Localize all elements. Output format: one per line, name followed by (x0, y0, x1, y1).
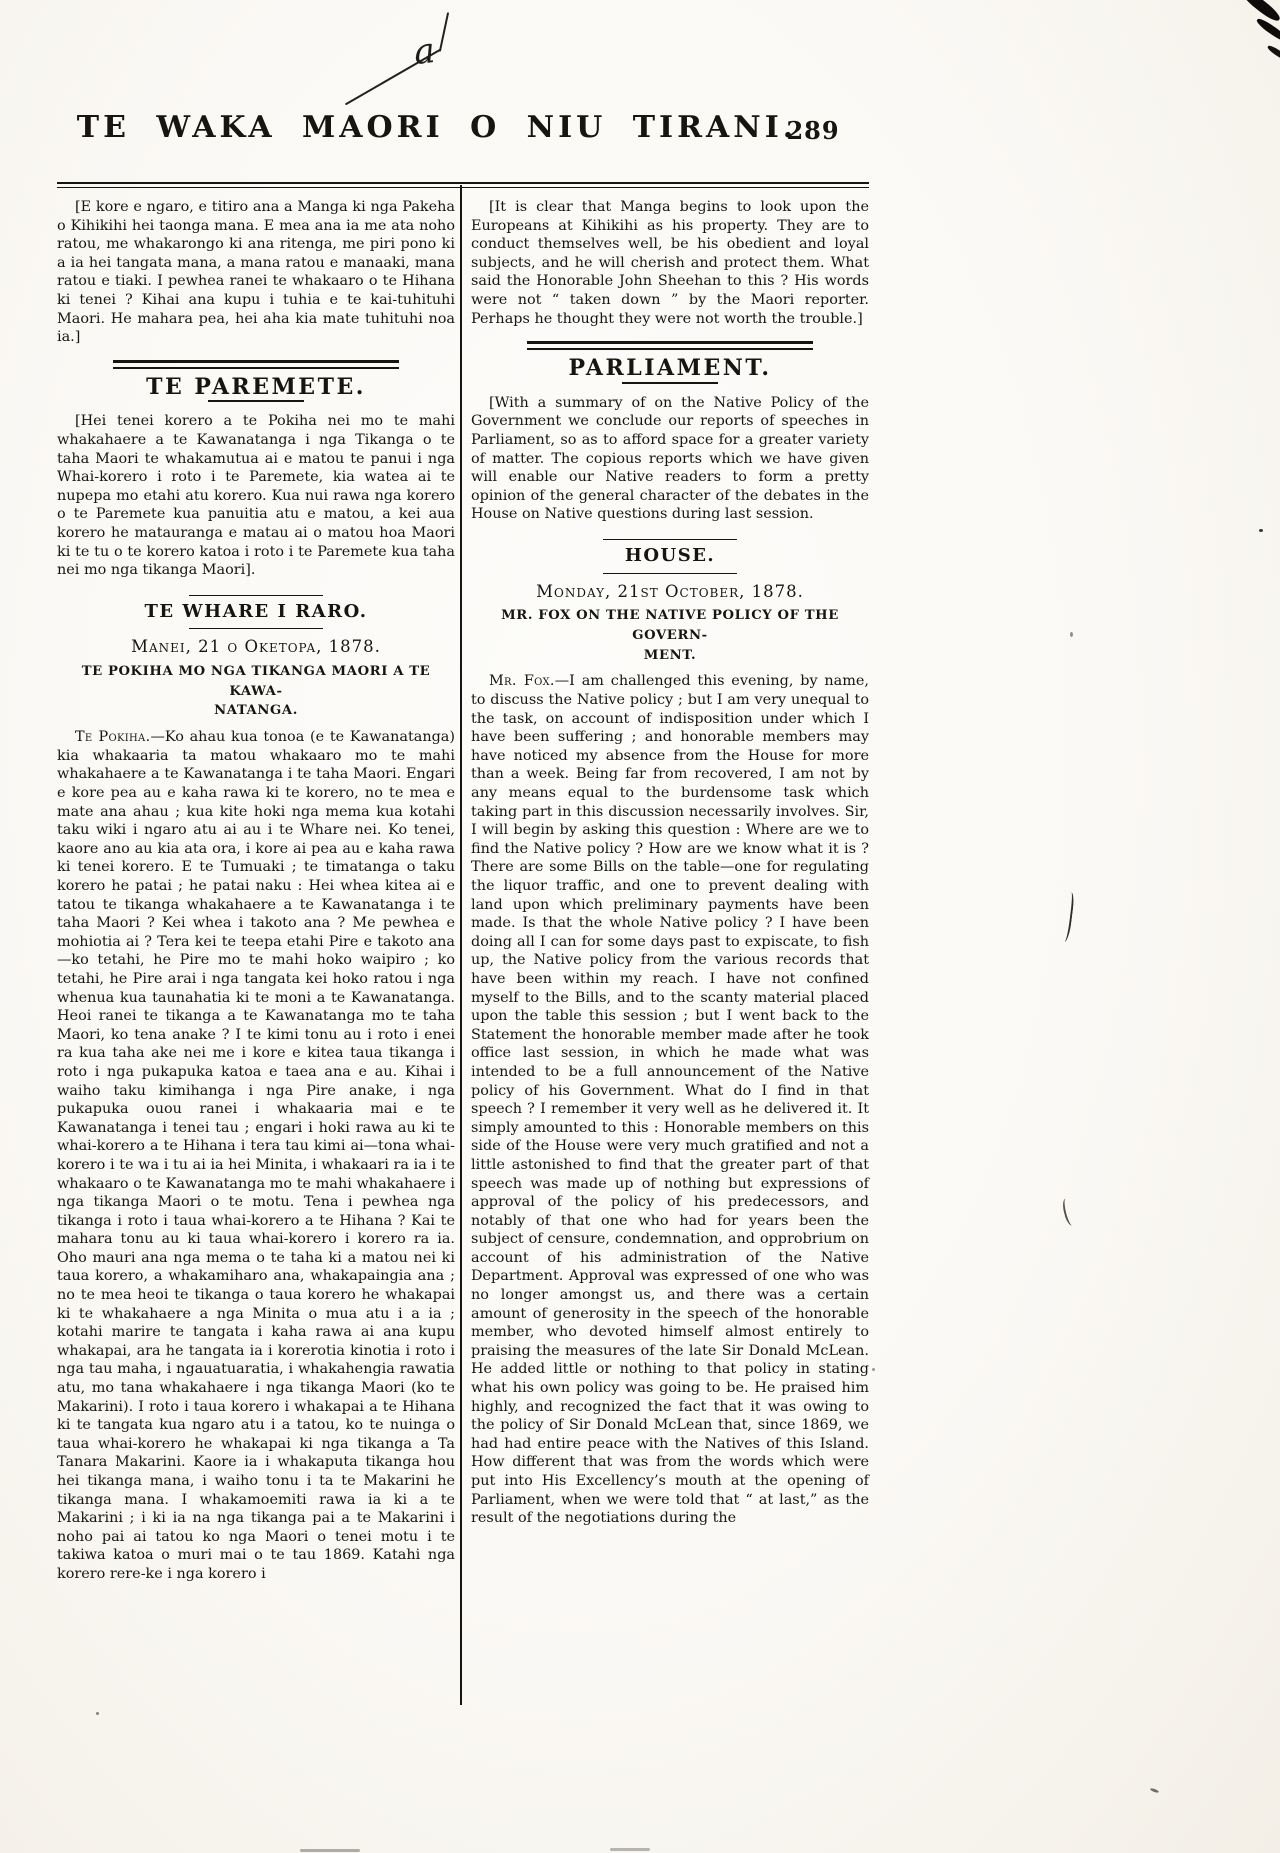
scan-smudge (300, 1849, 360, 1852)
section-intro-maori: [Hei tenei korero a te Pokiha nei mo te … (57, 412, 455, 579)
heading-underline-rule (622, 382, 718, 384)
scan-speck (96, 1712, 99, 1715)
topic-heading-maori: TE POKIHA MO NGA TIKANGA MAORI A TE KAWA… (57, 662, 455, 721)
speaker-name: Te Pokiha. (75, 729, 150, 745)
scan-smudge (610, 1848, 650, 1851)
page-title: TE WAKA MAORI O NIU TIRANI. (31, 110, 843, 145)
editorial-note-maori: [E kore e ngaro, e titiro ana a Manga ki… (57, 198, 455, 347)
speech-text: —I am challenged this evening, by name, … (471, 673, 869, 1526)
section-separator-rule (113, 360, 400, 369)
topic-line-2: NATANGA. (214, 703, 298, 718)
subheading-te-whare-i-raro: TE WHARE I RARO. (57, 603, 455, 622)
section-heading-te-paremete: TE PAREMETE. (57, 378, 455, 397)
page-number: 289 (778, 116, 848, 145)
subheading-rule-below (603, 573, 737, 574)
section-heading-parliament: PARLIAMENT. (471, 359, 869, 378)
scan-speck (872, 1368, 875, 1371)
section-separator-rule (527, 341, 814, 350)
scan-speck (1070, 632, 1073, 637)
speech-text: —Ko ahau kua tonoa (e te Kawanatanga) ki… (57, 729, 455, 1582)
right-column-english: [It is clear that Manga begins to look u… (471, 196, 869, 1584)
heading-underline-rule (208, 400, 304, 402)
topic-line-1: MR. FOX ON THE NATIVE POLICY OF THE GOVE… (501, 608, 839, 643)
columns: [E kore e ngaro, e titiro ana a Manga ki… (57, 196, 869, 1584)
speech-body-english: Mr. Fox.—I am challenged this evening, b… (471, 672, 869, 1527)
left-column-maori: [E kore e ngaro, e titiro ana a Manga ki… (57, 196, 455, 1584)
scan-speck (1259, 529, 1263, 532)
subheading-house: HOUSE. (471, 547, 869, 566)
handwritten-letter-mark: a (412, 31, 437, 73)
editorial-note-english: [It is clear that Manga begins to look u… (471, 198, 869, 328)
section-intro-english: [With a summary of on the Native Policy … (471, 394, 869, 524)
topic-line-2: MENT. (644, 648, 696, 663)
margin-pen-tick (1061, 1197, 1077, 1227)
pen-stroke (439, 12, 449, 52)
speaker-name: Mr. Fox. (489, 673, 555, 689)
topic-heading-english: MR. FOX ON THE NATIVE POLICY OF THE GOVE… (471, 606, 869, 665)
dateline-english: Monday, 21st October, 1878. (471, 583, 869, 602)
scan-speck (1150, 1788, 1159, 1794)
dateline-maori: Manei, 21 o Oketopa, 1878. (57, 638, 455, 657)
margin-pen-squiggle (1059, 892, 1075, 943)
speech-body-maori: Te Pokiha.—Ko ahau kua tonoa (e te Kawan… (57, 728, 455, 1583)
subheading-rule-above (189, 595, 323, 596)
subheading-rule-above (603, 539, 737, 540)
ink-blot (1266, 44, 1280, 62)
newspaper-page: a TE WAKA MAORI O NIU TIRANI. 289 [E kor… (0, 0, 1280, 1853)
subheading-rule-below (189, 628, 323, 629)
header-rule (57, 182, 869, 188)
topic-line-1: TE POKIHA MO NGA TIKANGA MAORI A TE KAWA… (82, 664, 431, 699)
